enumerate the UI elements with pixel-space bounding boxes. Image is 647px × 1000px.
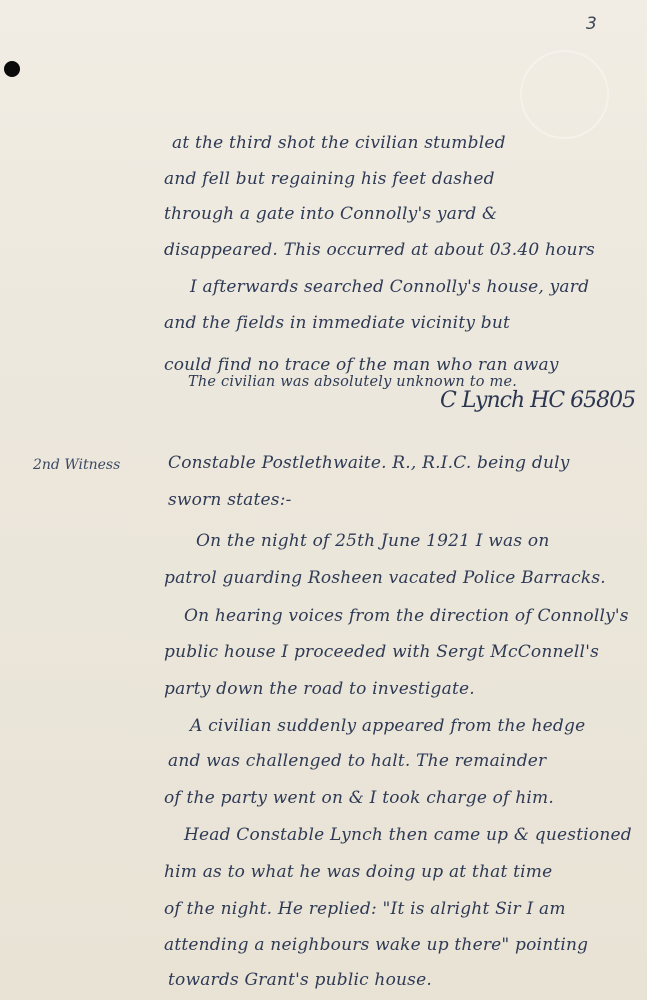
statement-line: public house I proceeded with Sergt McCo… (164, 642, 599, 662)
statement-line: On the night of 25th June 1921 I was on (196, 531, 550, 551)
statement-line: could find no trace of the man who ran a… (164, 355, 559, 375)
statement-line: towards Grant's public house. (168, 970, 432, 990)
page-number: 3 (586, 14, 597, 34)
statement-line: patrol guarding Rosheen vacated Police B… (164, 568, 606, 588)
statement-line: I afterwards searched Connolly's house, … (190, 277, 589, 297)
statement-line: through a gate into Connolly's yard & (164, 204, 497, 224)
statement-line: Head Constable Lynch then came up & ques… (184, 825, 632, 845)
statement-line: and was challenged to halt. The remainde… (168, 751, 546, 771)
statement-line: at the third shot the civilian stumbled (172, 133, 506, 153)
punch-hole (4, 61, 20, 77)
signature: C Lynch HC 65805 (440, 388, 635, 413)
statement-line: sworn states:- (168, 490, 292, 510)
statement-line: and the fields in immediate vicinity but (164, 313, 510, 333)
statement-line: him as to what he was doing up at that t… (164, 862, 552, 882)
embossed-seal-watermark (520, 50, 609, 139)
document-page: 3 at the third shot the civilian stumble… (0, 0, 647, 1000)
statement-line: of the party went on & I took charge of … (164, 788, 554, 808)
witness-margin-label: 2nd Witness (33, 457, 120, 473)
statement-line: of the night. He replied: "It is alright… (164, 899, 566, 919)
statement-line: attending a neighbours wake up there" po… (164, 935, 588, 955)
statement-line: and fell but regaining his feet dashed (164, 169, 495, 189)
statement-line: party down the road to investigate. (164, 679, 475, 699)
statement-line: Constable Postlethwaite. R., R.I.C. bein… (168, 453, 570, 473)
statement-line: A civilian suddenly appeared from the he… (190, 716, 585, 736)
statement-line: On hearing voices from the direction of … (184, 606, 629, 626)
statement-line: disappeared. This occurred at about 03.4… (164, 240, 595, 260)
